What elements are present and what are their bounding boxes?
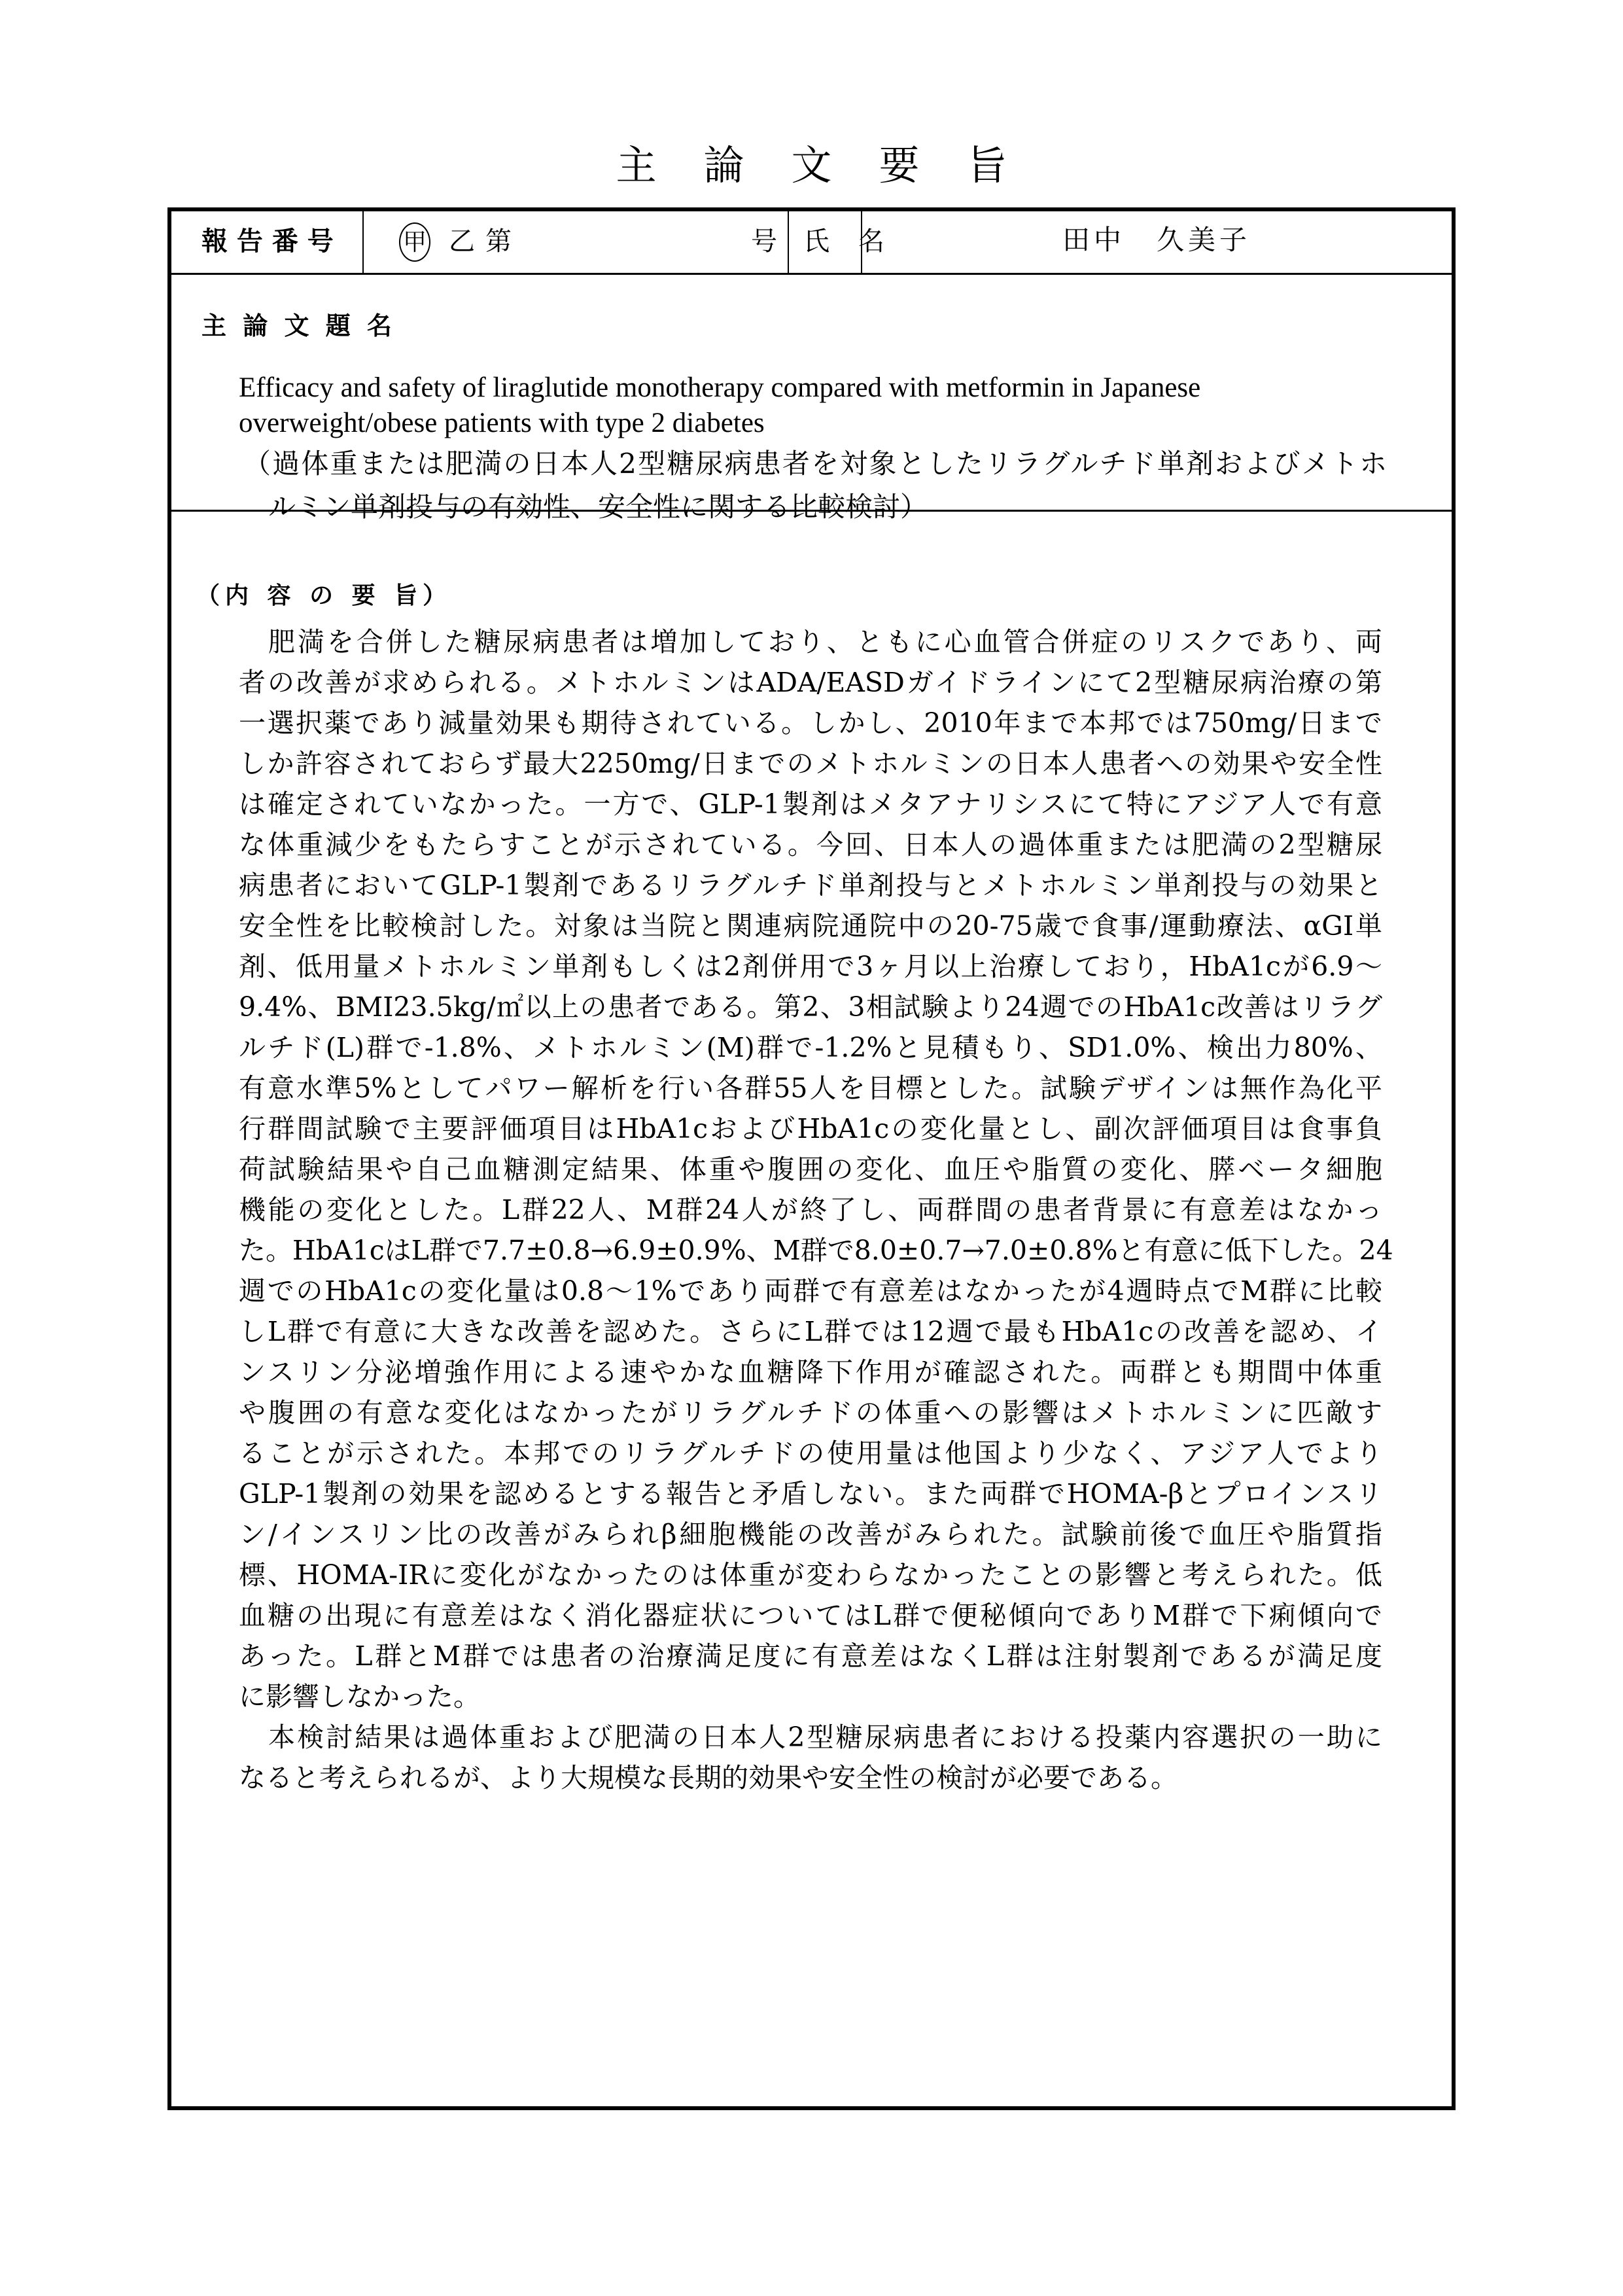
body-line: 安全性を比較検討した。対象は当院と関連病院通院中の20-75歳で食事/運動療法、… — [239, 906, 1382, 946]
japanese-title-line-2: ルミン単剤投与の有効性、安全性に関する比較検討） — [268, 486, 928, 529]
body-line: 病患者においてGLP-1製剤であるリラグルチド単剤投与とメトホルミン単剤投与の効… — [239, 865, 1382, 906]
body-line: しL群で有意に大きな改善を認めた。さらにL群では12週で最もHbA1cの改善を認… — [239, 1311, 1382, 1352]
body-line: 行群間試験で主要評価項目はHbA1cおよびHbA1cの変化量とし、副次評価項目は… — [239, 1108, 1382, 1149]
body-line: 有意水準5%としてパワー解析を行い各群55人を目標とした。試験デザインは無作為化… — [239, 1068, 1382, 1108]
body-line: 肥満を合併した糖尿病患者は増加しており、ともに心血管合併症のリスクであり、両 — [268, 622, 1382, 662]
dai-label: 第 — [485, 226, 512, 256]
title-section-divider — [167, 510, 1456, 512]
header-row-divider — [167, 273, 1456, 275]
gou-label: 号 — [751, 226, 777, 256]
body-line: なると考えられるが、より大規模な長期的効果や安全性の検討が必要である。 — [239, 1757, 1382, 1798]
body-line: ルチド(L)群で-1.8%、メトホルミン(M)群で-1.2%と見積もり、SD1.… — [239, 1027, 1382, 1068]
body-line: しか許容されておらず最大2250mg/日までのメトホルミンの日本人患者への効果や… — [239, 743, 1382, 784]
report-number-label: 報 告 番 号 — [201, 226, 334, 256]
title-char: 旨 — [943, 143, 1031, 188]
body-line: GLP-1製剤の効果を認めるとする報告と矛盾しない。また両群でHOMA-βとプロ… — [239, 1474, 1382, 1514]
report-number-value — [523, 226, 746, 256]
body-line: や腹囲の有意な変化はなかったがリラグルチドの体重への影響はメトホルミンに匹敵す — [239, 1392, 1382, 1433]
otsu-label: 乙 — [449, 226, 475, 256]
japanese-title-line-1: （過体重または肥満の日本人2型糖尿病患者を対象としたリラグルチド単剤およびメトホ — [243, 442, 1387, 486]
body-line: 血糖の出現に有意差はなく消化器症状についてはL群で便秘傾向でありM群で下痢傾向で — [239, 1595, 1382, 1636]
kou-circled-mark: 甲 — [399, 222, 430, 262]
document-title: 主論文要旨 — [0, 143, 1623, 188]
body-line: 標、HOMA-IRに変化がなかったのは体重が変わらなかったことの影響と考えられた… — [239, 1555, 1382, 1595]
name-value: 田中 久美子 — [862, 222, 1451, 258]
body-line: た。HbA1cはL群で7.7±0.8→6.9±0.9%、M群で8.0±0.7→7… — [239, 1230, 1382, 1271]
summary-label: （内 容 の 要 旨） — [196, 581, 451, 611]
column-divider-2 — [788, 209, 789, 274]
title-char: 主 — [593, 143, 680, 188]
column-divider-1 — [362, 209, 364, 274]
title-char: 要 — [856, 143, 943, 188]
body-line: 一選択薬であり減量効果も期待されている。しかし、2010年まで本邦では750mg… — [239, 703, 1382, 743]
body-line: 機能の変化とした。L群22人、M群24人が終了し、両群間の患者背景に有意差はなか… — [239, 1190, 1382, 1230]
body-line: に影響しなかった。 — [239, 1676, 1382, 1717]
body-line: は確定されていなかった。一方で、GLP-1製剤はメタアナリシスにて特にアジア人で… — [239, 784, 1382, 824]
body-line: あった。L群とM群では患者の治療満足度に有意差はなくL群は注射製剤であるが満足度 — [239, 1636, 1382, 1676]
title-char: 論 — [680, 143, 768, 188]
english-title-line-1: Efficacy and safety of liraglutide monot… — [239, 368, 1200, 408]
body-line: 剤、低用量メトホルミン単剤もしくは2剤併用で3ヶ月以上治療しており，HbA1cが… — [239, 946, 1382, 987]
title-char: 文 — [768, 143, 856, 188]
body-line: ンスリン分泌増強作用による速やかな血糖降下作用が確認された。両群とも期間中体重 — [239, 1352, 1382, 1392]
english-title-line-2: overweight/obese patients with type 2 di… — [239, 403, 765, 444]
report-number-field: 甲 — [399, 222, 430, 262]
thesis-title-label: 主 論 文 題 名 — [201, 310, 396, 342]
body-line: ン/インスリン比の改善がみられβ細胞機能の改善がみられた。試験前後で血圧や脂質指 — [239, 1514, 1382, 1555]
body-line: 荷試験結果や自己血糖測定結果、体重や腹囲の変化、血圧や脂質の変化、膵ベータ細胞 — [239, 1149, 1382, 1190]
body-line: 本検討結果は過体重および肥満の日本人2型糖尿病患者における投薬内容選択の一助に — [268, 1717, 1382, 1757]
body-line: 者の改善が求められる。メトホルミンはADA/EASDガイドラインにて2型糖尿病治… — [239, 662, 1382, 703]
body-line: 9.4%、BMI23.5kg/㎡以上の患者である。第2、3相試験より24週でのH… — [239, 987, 1382, 1027]
body-line: ることが示された。本邦でのリラグルチドの使用量は他国より少なく、アジア人でより — [239, 1433, 1382, 1474]
body-line: な体重減少をもたらすことが示されている。今回、日本人の過体重または肥満の2型糖尿 — [239, 824, 1382, 865]
body-line: 週でのHbA1cの変化量は0.8～1%であり両群で有意差はなかったが4週時点でM… — [239, 1271, 1382, 1311]
